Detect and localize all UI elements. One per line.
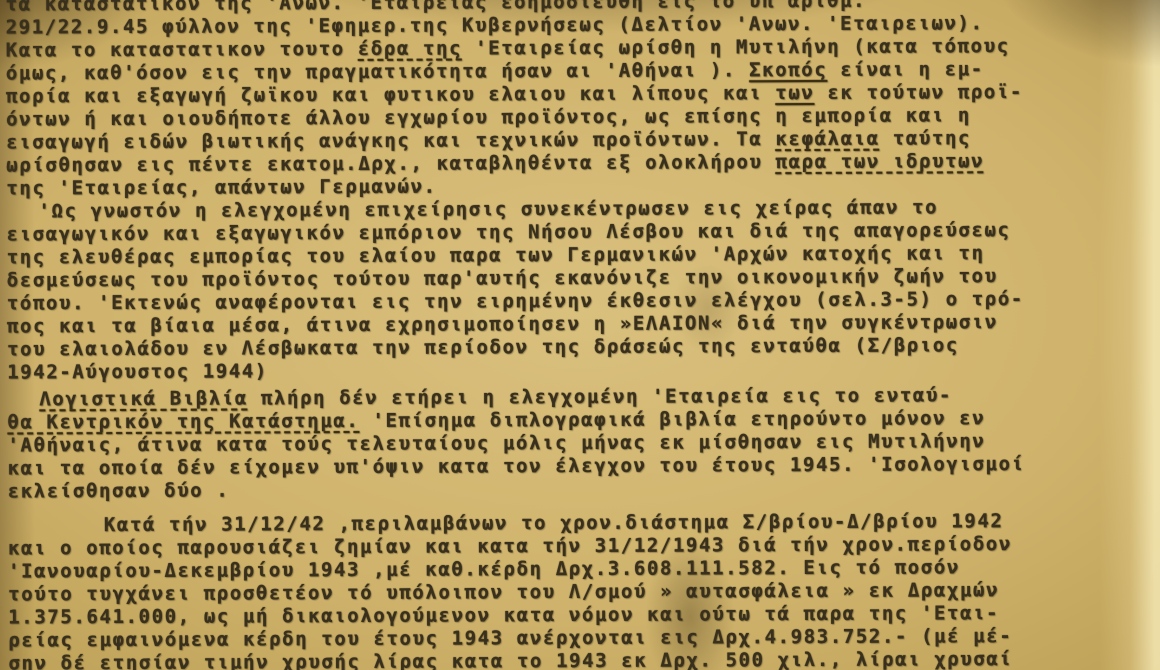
text-segment: πος και τα βίαια μέσα, άτινα εχρησιμοποί…	[7, 311, 998, 337]
underlined-text: Σκοπός	[749, 59, 827, 81]
text-segment: είναι η εμ-	[827, 58, 984, 81]
text-segment: όντων ή και οιουδήποτε άλλου εγχωρίου πρ…	[6, 104, 971, 130]
underlined-text: έδρα της	[358, 38, 462, 60]
text-segment: και τα οποία δέν είχομεν υπ'όψιν κατα το…	[8, 453, 1025, 479]
text-segment: Κατά τήν 31/12/42 ,περιλαμβάνων το χρον.…	[104, 510, 1004, 536]
text-segment: εισαγωγικόν και εξαγωγικόν εμπόριον της …	[7, 219, 1011, 245]
text-segment: εκ τούτων προϊ-	[814, 81, 1023, 104]
text-segment: σην δέ ετησίαν τιμήν χρυσής λίρας κατα τ…	[8, 648, 1012, 670]
text-segment: 291/22.9.45 φύλλον της 'Εφημερ.της Κυβερ…	[6, 12, 984, 38]
text-line: 1942-Αύγουστος 1944)	[7, 356, 1157, 384]
text-segment: δεσμεύσεως του προϊόντος τούτου παρ'αυτή…	[7, 265, 998, 291]
text-segment: 'Ιανουαρίου-Δεκεμβρίου 1943 ,μέ καθ.κέρδ…	[8, 556, 960, 582]
underlined-text: των	[775, 82, 814, 104]
text-segment: ρείας εμφαινόμενα κέρδη του έτους 1943 α…	[8, 625, 1012, 651]
text-segment: 'Επίσημα διπλογραφικά βιβλία ετηρούντο μ…	[359, 407, 985, 432]
text-segment: 1942-Αύγουστος 1944)	[7, 360, 268, 383]
text-line: σην δέ ετησίαν τιμήν χρυσής λίρας κατα τ…	[8, 647, 1158, 670]
text-segment: εισαγωγή ειδών βιωτικής ανάγκης και τεχν…	[6, 128, 775, 153]
text-segment: 'Εταιρείας ωρίσθη η Μυτιλήνη (κατα τόπου…	[462, 35, 1010, 59]
typewritten-text-block: τα καταστατικον της 'Ανων. 'Εταιρειας εδ…	[6, 0, 1159, 670]
text-segment: Κατα το καταστατικον τουτο	[6, 38, 358, 62]
text-segment: 'Αθήναις, άτινα κατα τούς τελευταίους μό…	[7, 430, 985, 456]
text-segment: πλήρη δέν ετήρει η ελεγχομένη 'Εταιρεία …	[248, 384, 952, 409]
text-segment: τούτο τυγχάνει προσθετέον τό υπόλοιπον τ…	[8, 579, 999, 605]
text-segment: εκλείσθησαν δύο .	[8, 480, 230, 503]
text-segment: και ο οποίος παρουσιάζει ζημίαν και κατα…	[8, 533, 1012, 559]
underlined-text: κεφάλαια	[775, 128, 879, 150]
text-segment: όμως, καθ'όσον εις την πραγματικότητα ήσ…	[6, 59, 749, 84]
text-segment: 1.375.641.000, ως μή δικαιολογούμενον κα…	[8, 602, 999, 628]
text-segment: ωρίσθησαν εις πέντε εκατομ.Δρχ., καταβλη…	[6, 151, 775, 176]
document-photo: τα καταστατικον της 'Ανων. 'Εταιρειας εδ…	[0, 0, 1160, 670]
text-segment: της ελευθέρας εμπορίας του ελαίου παρα τ…	[7, 242, 985, 268]
text-segment: 'Ως γνωστόν η ελεγχομένη επιχείρησις συν…	[38, 196, 938, 222]
text-segment: της 'Εταιρείας, απάντων Γερμανών.	[6, 176, 436, 200]
text-segment: πορία και εξαγωγή ζωϊκου και φυτικου ελα…	[6, 82, 775, 107]
text-segment: του ελαιολάδου εν Λέσβωκατα την περίοδον…	[7, 334, 959, 360]
underlined-text: Λογιστικά Βιβλία	[39, 387, 248, 410]
text-segment: ταύτης	[880, 127, 971, 149]
underlined-text: παρα των ιδρυτων	[776, 150, 985, 173]
text-line: εκλείσθησαν δύο .	[8, 475, 1158, 503]
underlined-text: θα Κεντρικόν της Κατάστημα.	[7, 410, 359, 434]
text-segment: τόπου. 'Εκτενώς αναφέρονται εις την ειρη…	[7, 288, 1024, 314]
